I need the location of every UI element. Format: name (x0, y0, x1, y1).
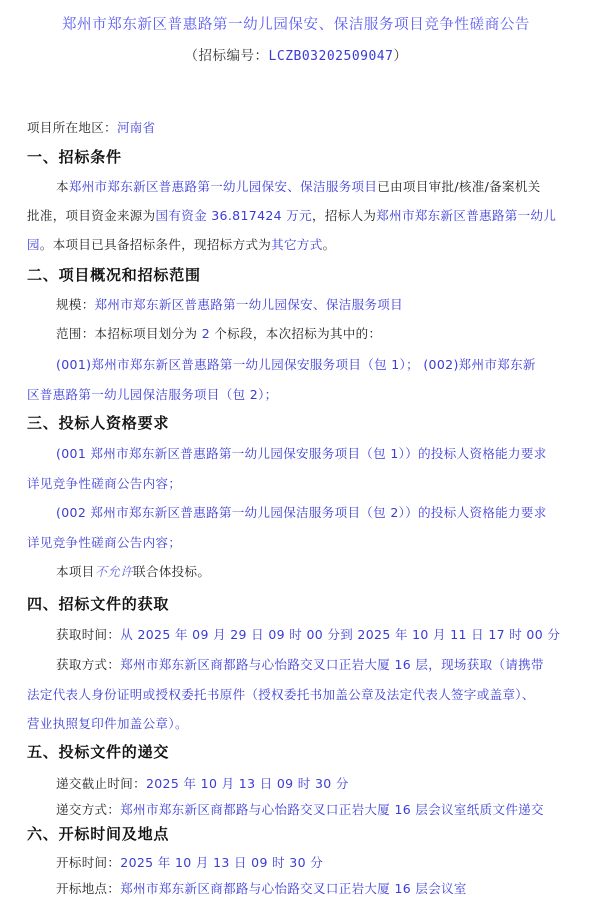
scope-line: 范围：本招标项目划分为 2 个标段，本次招标为其中的： (56, 324, 381, 342)
opening-time: 开标时间：2025 年 10 月 13 日 09 时 30 分 (56, 853, 323, 871)
opening-place-value: 郑州市郑东新区商都路与心怡路交叉口正岩大厦 16 层会议室 (120, 881, 467, 896)
scale-value: 郑州市郑东新区普惠路第一幼儿园保安、保洁服务项目 (95, 297, 403, 312)
s1-line-2: 批准，项目资金来源为国有资金 36.817424 万元，招标人为郑州市郑东新区普… (27, 206, 556, 224)
doc-acquire-time: 获取时间：从 2025 年 09 月 29 日 09 时 00 分到 2025 … (56, 625, 560, 643)
label: 递交截止时间： (56, 776, 146, 791)
acquire-method-value: 郑州市郑东新区商都路与心怡路交叉口正岩大厦 16 层，现场获取（请携带 (120, 657, 544, 672)
text: 本项目 (56, 564, 95, 579)
qual-1-line-2: 详见竞争性磋商公告内容； (27, 474, 181, 492)
doc-acquire-method-2: 法定代表人身份证明或授权委托书原件（授权委托书加盖公章及法定代表人签字或盖章）、 (27, 685, 535, 703)
section-heading-3: 三、投标人资格要求 (27, 412, 169, 433)
text: 个标段，本次招标为其中的： (210, 326, 381, 341)
scale-line: 规模：郑州市郑东新区普惠路第一幼儿园保安、保洁服务项目 (56, 295, 403, 313)
section-heading-2: 二、项目概况和招标范围 (27, 264, 201, 285)
text: 本 (56, 179, 69, 194)
scale-label: 规模： (56, 297, 95, 312)
funding-source: 国有资金 36.817424 万元 (156, 208, 313, 223)
qualification-lot-2: (002 郑州市郑东新区普惠路第一幼儿园保洁服务项目（包 2））的投标人资格能力… (56, 505, 547, 520)
doc-acquire-method-3: 营业执照复印件加盖公章）。 (27, 714, 188, 732)
lots-list: (001)郑州市郑东新区普惠路第一幼儿园保安服务项目（包 1）； (002)郑州… (56, 357, 536, 372)
acquire-time-value: 从 2025 年 09 月 29 日 09 时 00 分到 2025 年 10 … (120, 627, 560, 642)
lots-line-2: 区普惠路第一幼儿园保洁服务项目（包 2）； (27, 385, 278, 403)
lot-count: 2 (202, 326, 210, 341)
acquire-method-cont: 营业执照复印件加盖公章）。 (27, 716, 188, 731)
project-region: 项目所在地区：河南省 (27, 118, 156, 136)
text: 联合体投标。 (133, 564, 210, 579)
qualification-lot-1: (001 郑州市郑东新区普惠路第一幼儿园保安服务项目（包 1））的投标人资格能力… (56, 446, 547, 461)
text: ，招标人为 (312, 208, 376, 223)
s1-line-3: 园。本项目已具备招标条件，现招标方式为其它方式。 (27, 235, 335, 253)
submit-method: 递交方式：郑州市郑东新区商都路与心怡路交叉口正岩大厦 16 层会议室纸质文件递交 (56, 800, 544, 818)
section-heading-1: 一、招标条件 (27, 146, 122, 167)
qual-1-line-1: (001 郑州市郑东新区普惠路第一幼儿园保安服务项目（包 1））的投标人资格能力… (56, 444, 547, 462)
region-label: 项目所在地区： (27, 120, 117, 135)
tender-code-prefix: （招标编号： (185, 48, 269, 64)
project-name: 郑州市郑东新区普惠路第一幼儿园保安、保洁服务项目 (69, 179, 377, 194)
acquire-method-cont: 法定代表人身份证明或授权委托书原件（授权委托书加盖公章及法定代表人签字或盖章）、 (27, 687, 535, 702)
tender-code: （招标编号：LCZB03202509047） (0, 44, 592, 64)
section-heading-5: 五、投标文件的递交 (27, 741, 169, 762)
text: 。 (323, 237, 336, 252)
section-heading-4: 四、招标文件的获取 (27, 593, 169, 614)
consortium-line: 本项目不允许联合体投标。 (56, 562, 210, 580)
tender-code-suffix: ） (393, 48, 407, 64)
text: 批准，项目资金来源为 (27, 208, 156, 223)
qual-2-line-1: (002 郑州市郑东新区普惠路第一幼儿园保洁服务项目（包 2））的投标人资格能力… (56, 503, 547, 521)
qualification-lot-1-cont: 详见竞争性磋商公告内容； (27, 476, 181, 491)
label: 递交方式： (56, 802, 120, 817)
label: 开标地点： (56, 881, 120, 896)
text: 范围：本招标项目划分为 (56, 326, 202, 341)
tender-code-value: LCZB03202509047 (269, 49, 394, 64)
opening-place: 开标地点：郑州市郑东新区商都路与心怡路交叉口正岩大厦 16 层会议室 (56, 879, 467, 897)
lots-list-cont: 区普惠路第一幼儿园保洁服务项目（包 2）； (27, 387, 278, 402)
text: 。本项目已具备招标条件，现招标方式为 (40, 237, 271, 252)
deadline-value: 2025 年 10 月 13 日 09 时 30 分 (146, 776, 349, 791)
tender-method: 其它方式 (271, 237, 322, 252)
section-heading-6: 六、开标时间及地点 (27, 823, 169, 844)
announcement-title: 郑州市郑东新区普惠路第一幼儿园保安、保洁服务项目竞争性磋商公告 (0, 13, 592, 34)
label: 获取时间： (56, 627, 120, 642)
consortium-value: 不允许 (95, 564, 134, 579)
lots-line-1: (001)郑州市郑东新区普惠路第一幼儿园保安服务项目（包 1）； (002)郑州… (56, 355, 536, 373)
qual-2-line-2: 详见竞争性磋商公告内容； (27, 533, 181, 551)
tenderer-name-end: 园 (27, 237, 40, 252)
region-value: 河南省 (117, 120, 156, 135)
submit-deadline: 递交截止时间：2025 年 10 月 13 日 09 时 30 分 (56, 774, 349, 792)
text: 已由项目审批/核准/备案机关 (377, 179, 540, 194)
qualification-lot-2-cont: 详见竞争性磋商公告内容； (27, 535, 181, 550)
s1-line-1: 本郑州市郑东新区普惠路第一幼儿园保安、保洁服务项目已由项目审批/核准/备案机关 (56, 177, 541, 195)
doc-acquire-method-1: 获取方式：郑州市郑东新区商都路与心怡路交叉口正岩大厦 16 层，现场获取（请携带 (56, 655, 544, 673)
opening-time-value: 2025 年 10 月 13 日 09 时 30 分 (120, 855, 323, 870)
tenderer-name: 郑州市郑东新区普惠路第一幼儿 (376, 208, 556, 223)
label: 开标时间： (56, 855, 120, 870)
submit-method-value: 郑州市郑东新区商都路与心怡路交叉口正岩大厦 16 层会议室纸质文件递交 (120, 802, 544, 817)
label: 获取方式： (56, 657, 120, 672)
